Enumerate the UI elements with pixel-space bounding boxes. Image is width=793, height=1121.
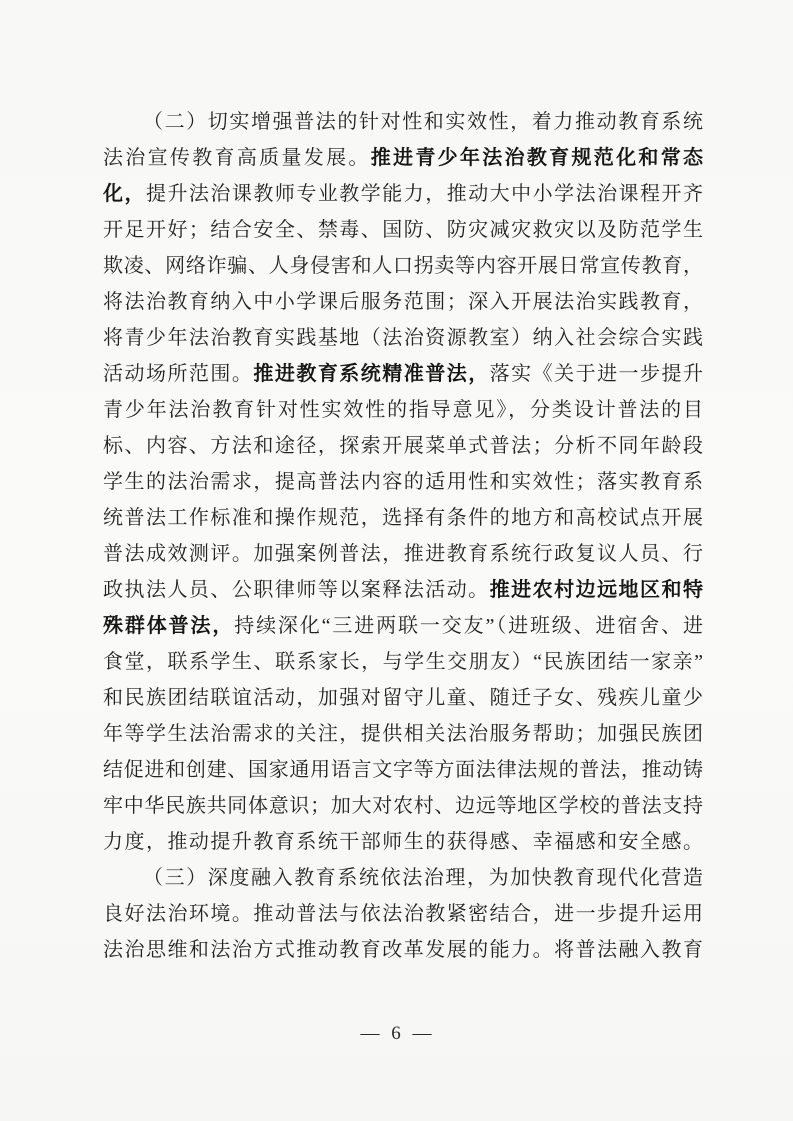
text-run: 将青少年法治教育实践基地（法治资源教室）纳入社会综合实践 xyxy=(103,327,703,349)
text-run: 活动场所范围。 xyxy=(103,363,253,385)
text-line: 青少年法治教育针对性实效性的指导意见》，分类设计普法的目 xyxy=(103,392,703,428)
text-run: 良好法治环境。推动普法与依法治教紧密结合，进一步提升运用 xyxy=(103,903,703,925)
text-line: 法治宣传教育高质量发展。推进青少年法治教育规范化和常态 xyxy=(103,140,703,176)
text-line: 将法治教育纳入中小学课后服务范围；深入开展法治实践教育， xyxy=(103,284,703,320)
text-line: 良好法治环境。推动普法与依法治教紧密结合，进一步提升运用 xyxy=(103,896,703,932)
text-line: 和民族团结联谊活动，加强对留守儿童、随迁子女、残疾儿童少 xyxy=(103,680,703,716)
emphasis-text-run: 殊群体普法， xyxy=(103,615,234,637)
text-run: 提升法治课教师专业教学能力，推动大中小学法治课程开齐 xyxy=(146,183,703,205)
page-number: — 6 — xyxy=(0,1020,793,1048)
text-run: 学生的法治需求，提高普法内容的适用性和实效性；落实教育系 xyxy=(103,471,703,493)
text-line: 政执法人员、公职律师等以案释法活动。推进农村边远地区和特 xyxy=(103,572,703,608)
text-run: 标、内容、方法和途径，探索开展菜单式普法；分析不同年龄段 xyxy=(103,435,703,457)
text-line: 欺凌、网络诈骗、人身侵害和人口拐卖等内容开展日常宣传教育， xyxy=(103,248,703,284)
text-run: 食堂，联系学生、联系家长，与学生交朋友）“民族团结一家亲” xyxy=(103,651,703,673)
text-line: 普法成效测评。加强案例普法，推进教育系统行政复议人员、行 xyxy=(103,536,703,572)
text-line: 学生的法治需求，提高普法内容的适用性和实效性；落实教育系 xyxy=(103,464,703,500)
text-line: 法治思维和法治方式推动教育改革发展的能力。将普法融入教育 xyxy=(103,932,703,968)
emphasis-text-run: 推进青少年法治教育规范化和常态 xyxy=(371,147,703,169)
text-run: 普法成效测评。加强案例普法，推进教育系统行政复议人员、行 xyxy=(103,543,703,565)
document-body: （二）切实增强普法的针对性和实效性，着力推动教育系统法治宣传教育高质量发展。推进… xyxy=(103,104,703,968)
text-line: （三）深度融入教育系统依法治理，为加快教育现代化营造 xyxy=(103,860,703,896)
text-line: 结促进和创建、国家通用语言文字等方面法律法规的普法，推动铸 xyxy=(103,752,703,788)
text-run: 法治宣传教育高质量发展。 xyxy=(103,147,371,169)
text-line: 力度，推动提升教育系统干部师生的获得感、幸福感和安全感。 xyxy=(103,824,703,860)
text-run: 落实《关于进一步提升 xyxy=(490,363,703,385)
text-run: 法治思维和法治方式推动教育改革发展的能力。将普法融入教育 xyxy=(103,939,703,961)
text-run: 欺凌、网络诈骗、人身侵害和人口拐卖等内容开展日常宣传教育， xyxy=(103,255,703,277)
emphasis-text-run: 推进农村边远地区和特 xyxy=(490,579,703,601)
text-run: 政执法人员、公职律师等以案释法活动。 xyxy=(103,579,490,601)
text-line: 食堂，联系学生、联系家长，与学生交朋友）“民族团结一家亲” xyxy=(103,644,703,680)
text-line: 开足开好；结合安全、禁毒、国防、防灾减灾救灾以及防范学生 xyxy=(103,212,703,248)
text-run: （二）切实增强普法的针对性和实效性，着力推动教育系统 xyxy=(143,111,703,133)
text-line: 年等学生法治需求的关注，提供相关法治服务帮助；加强民族团 xyxy=(103,716,703,752)
emphasis-text-run: 推进教育系统精准普法， xyxy=(253,363,489,385)
text-line: 殊群体普法，持续深化“三进两联一交友”（进班级、进宿舍、进 xyxy=(103,608,703,644)
text-run: （三）深度融入教育系统依法治理，为加快教育现代化营造 xyxy=(143,867,703,889)
text-run: 牢中华民族共同体意识；加大对农村、边远等地区学校的普法支持 xyxy=(103,795,703,817)
text-line: 统普法工作标准和操作规范，选择有条件的地方和高校试点开展 xyxy=(103,500,703,536)
text-run: 青少年法治教育针对性实效性的指导意见》，分类设计普法的目 xyxy=(103,399,703,421)
emphasis-text-run: 化， xyxy=(103,183,146,205)
text-run: 统普法工作标准和操作规范，选择有条件的地方和高校试点开展 xyxy=(103,507,703,529)
text-run: 将法治教育纳入中小学课后服务范围；深入开展法治实践教育， xyxy=(103,291,703,313)
text-line: 标、内容、方法和途径，探索开展菜单式普法；分析不同年龄段 xyxy=(103,428,703,464)
text-run: 持续深化“三进两联一交友”（进班级、进宿舍、进 xyxy=(234,615,703,637)
text-run: 年等学生法治需求的关注，提供相关法治服务帮助；加强民族团 xyxy=(103,723,703,745)
text-run: 力度，推动提升教育系统干部师生的获得感、幸福感和安全感。 xyxy=(103,831,703,853)
text-line: 将青少年法治教育实践基地（法治资源教室）纳入社会综合实践 xyxy=(103,320,703,356)
text-run: 和民族团结联谊活动，加强对留守儿童、随迁子女、残疾儿童少 xyxy=(103,687,703,709)
text-line: （二）切实增强普法的针对性和实效性，着力推动教育系统 xyxy=(103,104,703,140)
text-run: 结促进和创建、国家通用语言文字等方面法律法规的普法，推动铸 xyxy=(103,759,703,781)
text-line: 活动场所范围。推进教育系统精准普法，落实《关于进一步提升 xyxy=(103,356,703,392)
document-page: （二）切实增强普法的针对性和实效性，着力推动教育系统法治宣传教育高质量发展。推进… xyxy=(0,0,793,1121)
text-line: 牢中华民族共同体意识；加大对农村、边远等地区学校的普法支持 xyxy=(103,788,703,824)
text-line: 化，提升法治课教师专业教学能力，推动大中小学法治课程开齐 xyxy=(103,176,703,212)
text-run: 开足开好；结合安全、禁毒、国防、防灾减灾救灾以及防范学生 xyxy=(103,219,703,241)
